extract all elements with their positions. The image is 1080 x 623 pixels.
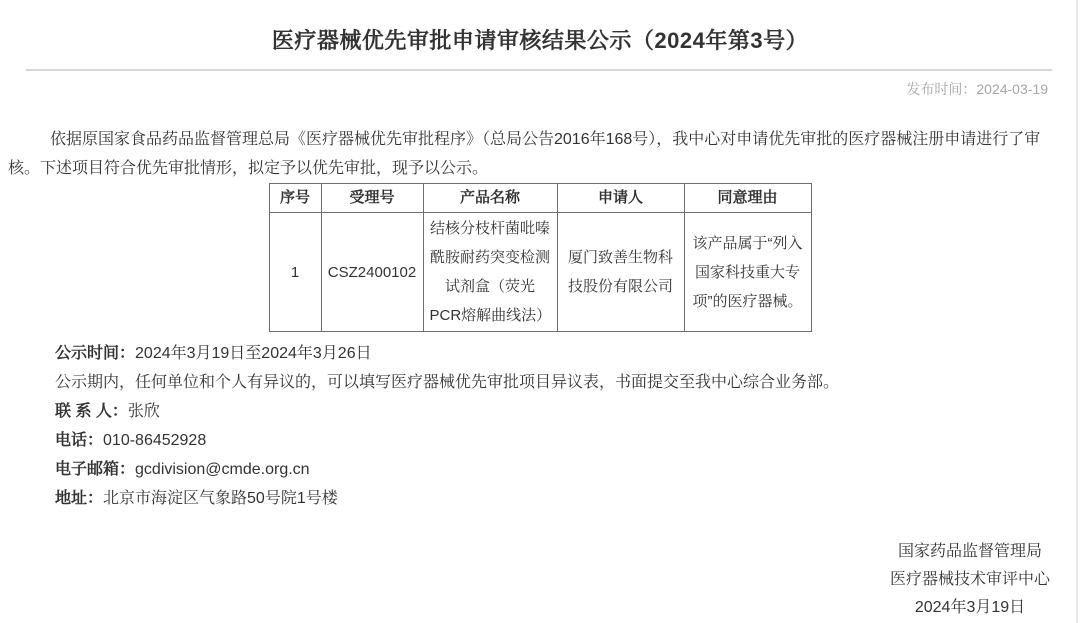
- objection-note-line: 公示期内，任何单位和个人有异议的，可以填写医疗器械优先审批项目异议表，书面提交至…: [55, 368, 1080, 397]
- signature-org-line2: 医疗器械技术审评中心: [890, 566, 1050, 594]
- signature-inner: 国家药品监督管理局 医疗器械技术审评中心 2024年3月19日: [890, 538, 1050, 622]
- contact-person-line: 联 系 人：张欣: [55, 397, 1080, 426]
- email-line: 电子邮箱：gcdivision@cmde.org.cn: [55, 455, 1080, 484]
- phone-label: 电话：: [55, 432, 103, 449]
- table-row: 1 CSZ2400102 结核分枝杆菌吡嗪酰胺耐药突变检测试剂盒（荧光PCR熔解…: [269, 213, 811, 332]
- notice-period-label: 公示时间：: [55, 345, 135, 362]
- header-acceptance-no: 受理号: [321, 184, 423, 213]
- details-block: 公示时间：2024年3月19日至2024年3月26日 公示期内，任何单位和个人有…: [55, 339, 1080, 513]
- publish-date: 发布时间：2024-03-19: [0, 79, 1048, 99]
- review-table-container: 序号 受理号 产品名称 申请人 同意理由 1 CSZ2400102 结核分枝杆菌…: [0, 183, 1080, 332]
- email-label: 电子邮箱：: [55, 461, 135, 478]
- phone-value: 010-86452928: [103, 432, 206, 449]
- header-seq: 序号: [269, 184, 321, 213]
- header-product-name: 产品名称: [423, 184, 557, 213]
- address-line: 地址：北京市海淀区气象路50号院1号楼: [55, 484, 1080, 513]
- cell-applicant: 厦门致善生物科技股份有限公司: [557, 213, 684, 332]
- header-applicant: 申请人: [557, 184, 684, 213]
- page-title: 医疗器械优先审批申请审核结果公示（2024年第3号）: [0, 0, 1080, 58]
- contact-person-label: 联 系 人：: [55, 403, 128, 420]
- address-label: 地址：: [55, 490, 103, 507]
- header-approval-reason: 同意理由: [684, 184, 811, 213]
- email-value: gcdivision@cmde.org.cn: [135, 461, 310, 478]
- contact-person-value: 张欣: [128, 403, 160, 420]
- title-divider: [26, 69, 1052, 71]
- page-right-edge-line: [1076, 0, 1078, 623]
- cell-product-name: 结核分枝杆菌吡嗪酰胺耐药突变检测试剂盒（荧光PCR熔解曲线法）: [423, 213, 557, 332]
- review-results-table: 序号 受理号 产品名称 申请人 同意理由 1 CSZ2400102 结核分枝杆菌…: [269, 183, 812, 332]
- cell-approval-reason: 该产品属于“列入国家科技重大专项”的医疗器械。: [684, 213, 811, 332]
- cell-acceptance-no: CSZ2400102: [321, 213, 423, 332]
- intro-paragraph: 依据原国家食品药品监督管理总局《医疗器械优先审批程序》（总局公告2016年168…: [8, 125, 1066, 183]
- notice-period-value: 2024年3月19日至2024年3月26日: [135, 345, 372, 362]
- signature-block: 国家药品监督管理局 医疗器械技术审评中心 2024年3月19日: [0, 538, 1050, 622]
- notice-period-line: 公示时间：2024年3月19日至2024年3月26日: [55, 339, 1080, 368]
- address-value: 北京市海淀区气象路50号院1号楼: [103, 490, 338, 507]
- signature-date: 2024年3月19日: [890, 594, 1050, 622]
- notice-page: 医疗器械优先审批申请审核结果公示（2024年第3号） 发布时间：2024-03-…: [0, 0, 1080, 623]
- cell-seq: 1: [269, 213, 321, 332]
- phone-line: 电话：010-86452928: [55, 426, 1080, 455]
- table-header-row: 序号 受理号 产品名称 申请人 同意理由: [269, 184, 811, 213]
- signature-org-line1: 国家药品监督管理局: [890, 538, 1050, 566]
